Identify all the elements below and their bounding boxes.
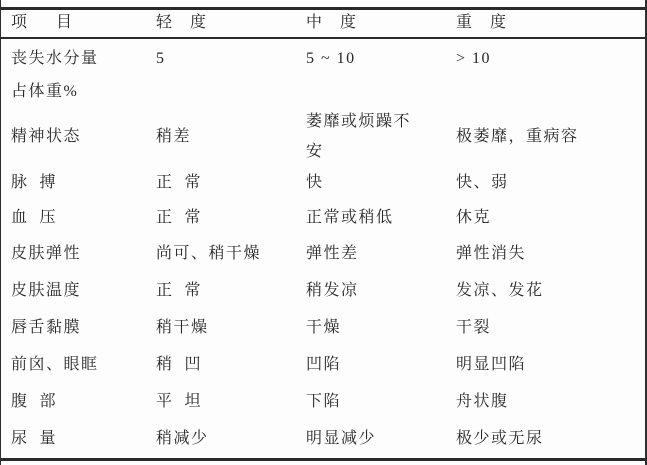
header-cell-mild: 轻 度 [156, 13, 306, 34]
table-row: 皮肤温度 正 常 稍发凉 发凉、发花 [1, 273, 645, 310]
cell-mild: 稍干燥 [156, 318, 306, 339]
table-row: 精神状态 稍差 萎靡或烦躁不安 极萎靡，重病容 [1, 107, 645, 167]
cell-severe: 极少或无尿 [456, 429, 645, 450]
cell-severe: 明显凹陷 [456, 355, 645, 376]
cell-item: 前囟、眼眶 [11, 355, 156, 376]
cell-item: 唇舌黏膜 [11, 318, 156, 339]
table-row: 脉 搏 正 常 快 快、弱 [1, 167, 645, 200]
cell-moderate: 快 [306, 173, 456, 194]
cell-mild: 稍 凹 [156, 355, 306, 376]
table-header-row: 项 目 轻 度 中 度 重 度 [1, 10, 645, 37]
cell-moderate: 弹性差 [306, 244, 456, 265]
cell-severe: 舟状腹 [456, 392, 645, 413]
cell-moderate: 萎靡或烦躁不安 [306, 107, 424, 167]
cell-moderate: 下陷 [306, 392, 456, 413]
cell-item: 精神状态 [11, 127, 156, 148]
cell-item: 尿 量 [11, 429, 156, 450]
header-cell-item: 项 目 [11, 13, 156, 34]
scanned-table-page: 项 目 轻 度 中 度 重 度 丧失水分量 占体重% 5 5 ~ 10 > 10… [0, 0, 647, 465]
cell-item: 丧失水分量 占体重% [11, 39, 156, 108]
cell-item: 皮肤温度 [11, 281, 156, 302]
cell-mild: 尚可、稍干燥 [156, 244, 306, 265]
table-row: 丧失水分量 占体重% 5 5 ~ 10 > 10 [1, 39, 645, 107]
table-row: 尿 量 稍减少 明显减少 极少或无尿 [1, 421, 645, 458]
cell-moderate: 5 ~ 10 [306, 39, 456, 75]
cell-mild: 正 常 [156, 281, 306, 302]
table-row: 腹 部 平 坦 下陷 舟状腹 [1, 384, 645, 421]
cell-mild: 稍差 [156, 127, 306, 148]
header-cell-moderate: 中 度 [306, 13, 456, 34]
table-row: 血 压 正 常 正常或稍低 休克 [1, 200, 645, 236]
cell-item: 腹 部 [11, 392, 156, 413]
cell-severe: > 10 [456, 39, 645, 75]
table-row: 前囟、眼眶 稍 凹 凹陷 明显凹陷 [1, 346, 645, 384]
header-cell-severe: 重 度 [456, 13, 645, 34]
cell-moderate: 明显减少 [306, 429, 456, 450]
cell-moderate: 正常或稍低 [306, 208, 456, 229]
cell-moderate: 干燥 [306, 318, 456, 339]
cell-severe: 干裂 [456, 318, 645, 339]
table-row: 皮肤弹性 尚可、稍干燥 弹性差 弹性消失 [1, 236, 645, 273]
cell-mild: 平 坦 [156, 392, 306, 413]
cell-severe: 弹性消失 [456, 244, 645, 265]
cell-severe: 极萎靡，重病容 [456, 127, 645, 148]
cell-mild: 正 常 [156, 173, 306, 194]
top-margin [1, 0, 645, 7]
cell-item: 血 压 [11, 208, 156, 229]
cell-item: 皮肤弹性 [11, 244, 156, 265]
cell-moderate: 凹陷 [306, 355, 456, 376]
cell-mild: 5 [156, 39, 306, 75]
cell-mild: 稍减少 [156, 429, 306, 450]
cell-severe: 发凉、发花 [456, 281, 645, 302]
cell-item: 脉 搏 [11, 173, 156, 194]
cell-mild: 正 常 [156, 208, 306, 229]
cell-moderate: 稍发凉 [306, 281, 456, 302]
table-row: 唇舌黏膜 稍干燥 干燥 干裂 [1, 310, 645, 346]
cell-severe: 快、弱 [456, 173, 645, 194]
cell-severe: 休克 [456, 208, 645, 229]
table-bottom-rule [1, 458, 645, 461]
